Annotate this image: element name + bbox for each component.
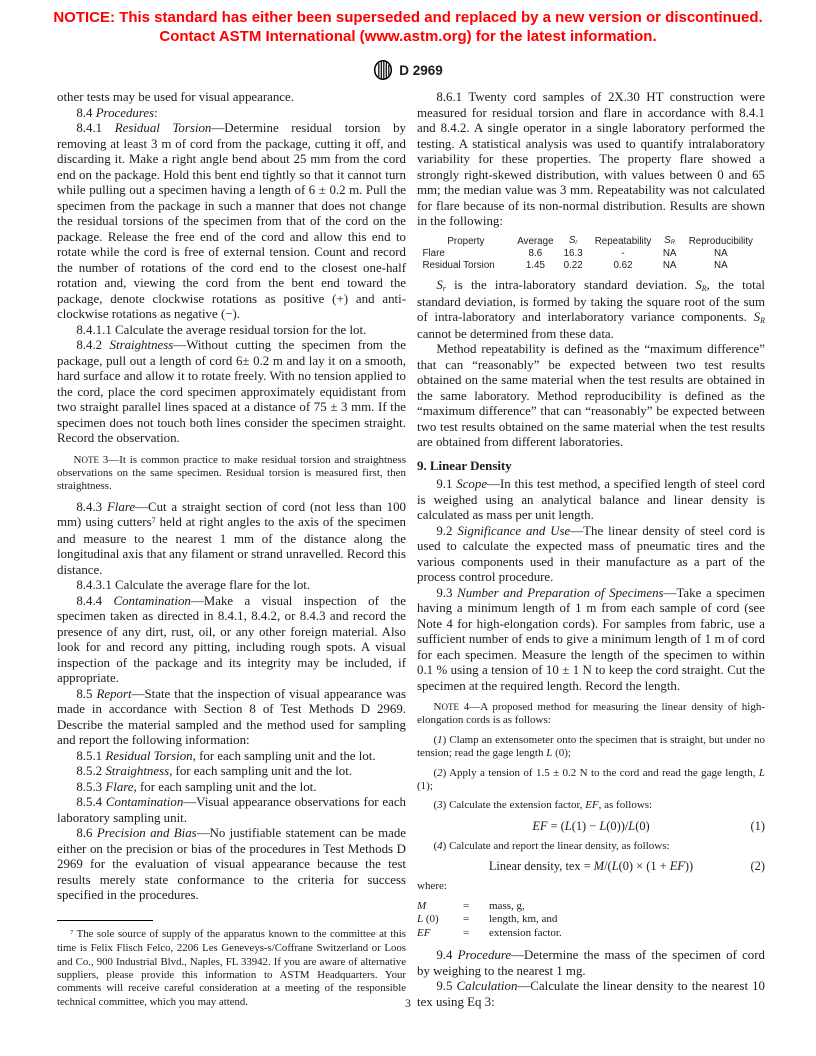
where-list: M=mass, g,L (0)=length, km, andEF=extens… <box>417 900 765 941</box>
table-cell: 8.6 <box>511 248 559 260</box>
where-definition: extension factor. <box>489 927 562 941</box>
paragraph: 8.4.3 Flare—Cut a straight section of co… <box>57 500 406 579</box>
note-paragraph: (3) Calculate the extension factor, EF, … <box>417 799 765 812</box>
paragraph: 8.5.1 Residual Torsion, for each samplin… <box>57 749 406 765</box>
where-symbol: M <box>417 900 463 914</box>
note-paragraph: (4) Calculate and report the linear dens… <box>417 840 765 853</box>
note-paragraph: NOTE 3—It is common practice to make res… <box>57 454 406 494</box>
page-number: 3 <box>0 998 816 1010</box>
document-header: D 2969 <box>0 60 816 80</box>
document-page: NOTICE: This standard has either been su… <box>0 0 816 1056</box>
table-header-cell: Repeatability <box>587 235 659 249</box>
where-definition: length, km, and <box>489 913 557 927</box>
where-symbol: L (0) <box>417 913 463 927</box>
paragraph: 9.1 Scope—In this test method, a specifi… <box>417 477 765 524</box>
table-cell: NA <box>659 260 680 272</box>
notice-line-2: Contact ASTM International (www.astm.org… <box>20 28 796 47</box>
table-header-cell: Reproducibility <box>680 235 761 249</box>
table-cell: Residual Torsion <box>420 260 511 272</box>
paragraph: 8.4.1 Residual Torsion—Determine residua… <box>57 121 406 323</box>
paragraph: 8.6.1 Twenty cord samples of 2X.30 HT co… <box>417 90 765 230</box>
table-cell: 0.22 <box>559 260 587 272</box>
note-paragraph: where: <box>417 880 765 893</box>
paragraph: 8.5.3 Flare, for each sampling unit and … <box>57 780 406 796</box>
astm-logo-icon <box>373 60 393 80</box>
paragraph: 8.4.3.1 Calculate the average flare for … <box>57 578 406 594</box>
right-column: 8.6.1 Twenty cord samples of 2X.30 HT co… <box>417 90 765 1010</box>
paragraph: 8.4.1.1 Calculate the average residual t… <box>57 323 406 339</box>
equals-sign: = <box>463 927 489 941</box>
where-symbol: EF <box>417 927 463 941</box>
table-cell: NA <box>659 248 680 260</box>
notice-line-1: NOTICE: This standard has either been su… <box>20 9 796 28</box>
equation-number: (2) <box>751 859 765 874</box>
paragraph: 8.5.2 Straightness, for each sampling un… <box>57 764 406 780</box>
paragraph: Sr is the intra-laboratory standard devi… <box>417 278 765 342</box>
standard-designation: D 2969 <box>399 63 443 78</box>
table-cell: - <box>587 248 659 260</box>
footnote-rule <box>57 920 153 921</box>
table-cell: NA <box>680 248 761 260</box>
table-cell: NA <box>680 260 761 272</box>
where-definition: mass, g, <box>489 900 525 914</box>
table-header-cell: Sr <box>559 235 587 249</box>
equation-number: (1) <box>751 819 765 834</box>
note-paragraph: (2) Apply a tension of 1.5 ± 0.2 N to th… <box>417 767 765 794</box>
paragraph: 9.2 Significance and Use—The linear dens… <box>417 524 765 586</box>
paragraph: 8.4.4 Contamination—Make a visual inspec… <box>57 594 406 687</box>
table-cell: 16.3 <box>559 248 587 260</box>
where-row: EF=extension factor. <box>417 927 765 941</box>
results-table: PropertyAverageSrRepeatabilitySRReproduc… <box>420 235 761 272</box>
equation: EF = (L(1) − L(0))/L(0)(1) <box>417 819 765 834</box>
equals-sign: = <box>463 900 489 914</box>
table-header-cell: Property <box>420 235 511 249</box>
table-cell: 0.62 <box>587 260 659 272</box>
where-row: L (0)=length, km, and <box>417 913 765 927</box>
left-column: other tests may be used for visual appea… <box>57 90 406 1009</box>
table-header-row: PropertyAverageSrRepeatabilitySRReproduc… <box>420 235 761 249</box>
table-head: PropertyAverageSrRepeatabilitySRReproduc… <box>420 235 761 249</box>
table-row: Flare8.616.3-NANA <box>420 248 761 260</box>
paragraph: 8.4.2 Straightness—Without cutting the s… <box>57 338 406 447</box>
paragraph: 8.6 Precision and Bias—No justifiable st… <box>57 826 406 904</box>
footnote: 7 The sole source of supply of the appar… <box>57 928 406 1009</box>
where-row: M=mass, g, <box>417 900 765 914</box>
paragraph: 9.3 Number and Preparation of Specimens—… <box>417 586 765 695</box>
paragraph: 8.5.4 Contamination—Visual appearance ob… <box>57 795 406 826</box>
paragraph: 9.4 Procedure—Determine the mass of the … <box>417 948 765 979</box>
table-row: Residual Torsion1.450.220.62NANA <box>420 260 761 272</box>
table-cell: Flare <box>420 248 511 260</box>
paragraph: Method repeatability is defined as the “… <box>417 342 765 451</box>
table-header-cell: SR <box>659 235 680 249</box>
table-header-cell: Average <box>511 235 559 249</box>
section-heading: 9. Linear Density <box>417 459 765 475</box>
supersession-notice: NOTICE: This standard has either been su… <box>20 9 796 46</box>
note-paragraph: (1) Clamp an extensometer onto the speci… <box>417 734 765 761</box>
paragraph: 8.5 Report—State that the inspection of … <box>57 687 406 749</box>
equation: Linear density, tex = M/(L(0) × (1 + EF)… <box>417 859 765 874</box>
paragraph: other tests may be used for visual appea… <box>57 90 406 106</box>
table-body: Flare8.616.3-NANAResidual Torsion1.450.2… <box>420 248 761 271</box>
equals-sign: = <box>463 913 489 927</box>
note-paragraph: NOTE 4—A proposed method for measuring t… <box>417 701 765 728</box>
table-cell: 1.45 <box>511 260 559 272</box>
paragraph: 8.4 Procedures: <box>57 106 406 122</box>
